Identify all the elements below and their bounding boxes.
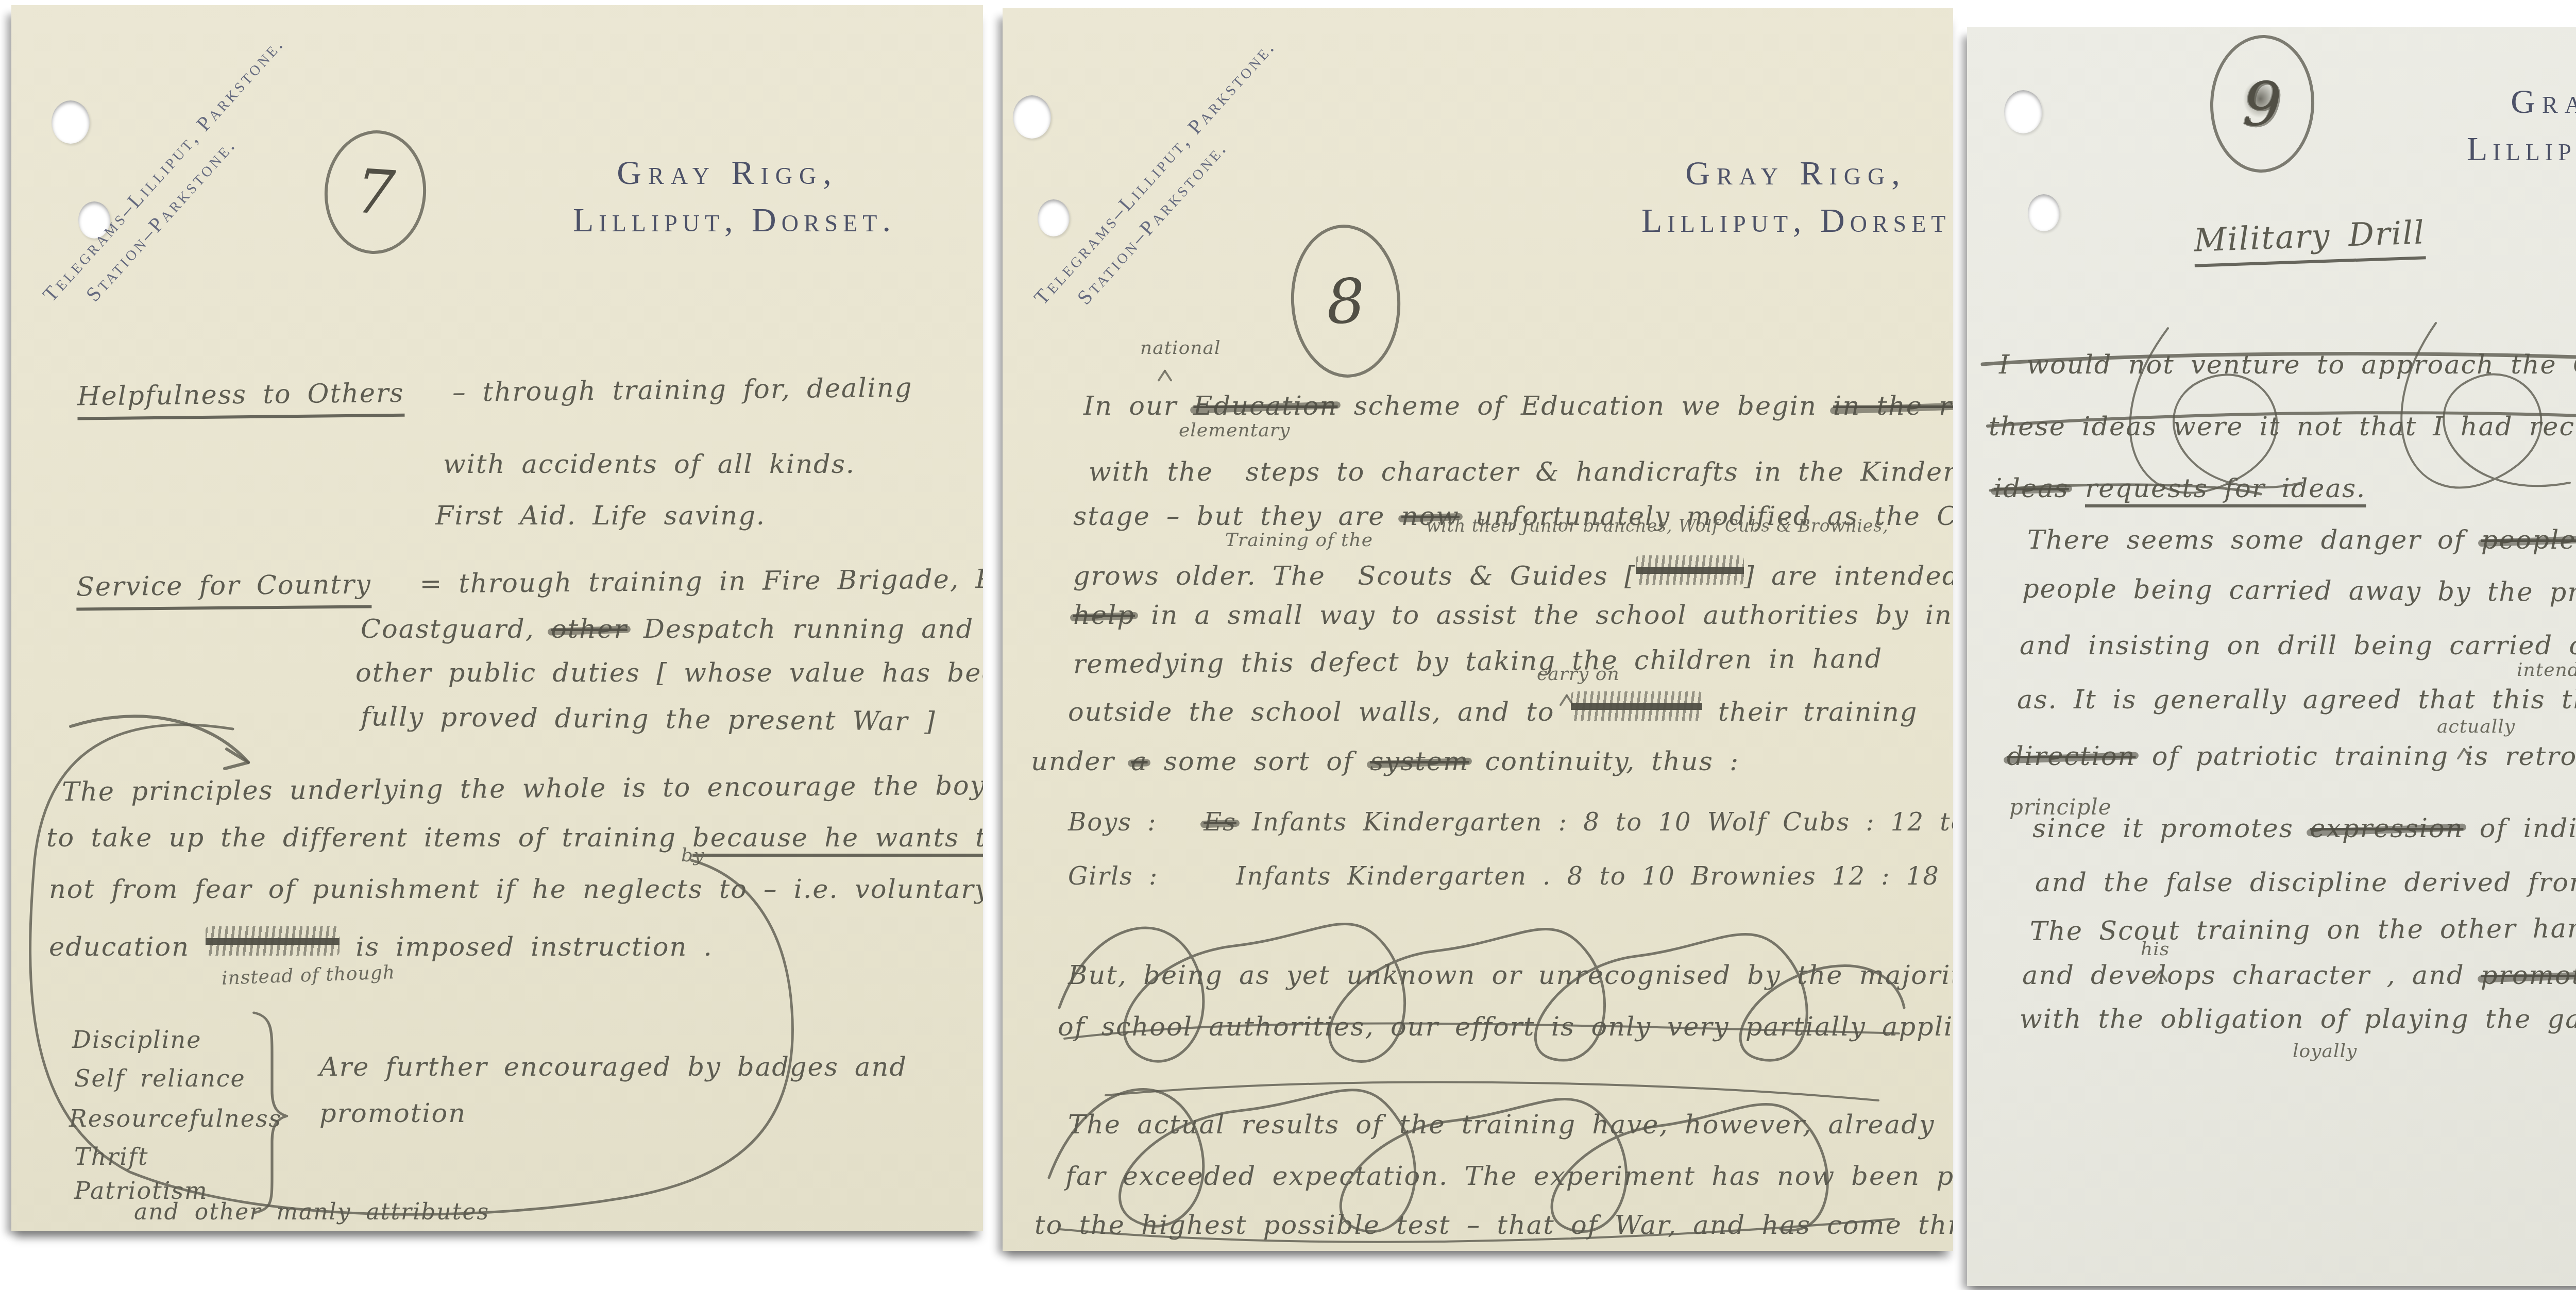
handwritten-line: direction of patriotic training is retro… <box>2007 742 2576 771</box>
letterhead-line-2: Lilliput, Dorset. <box>573 201 882 240</box>
page-number-circle: 7 <box>320 127 430 257</box>
letterhead-line-2: Lilliput, Dorset. <box>2467 130 2576 169</box>
list-item: Discipline <box>72 1027 201 1054</box>
page-number: 9 <box>2242 67 2283 140</box>
list-brace <box>246 1010 290 1216</box>
struck-word: other <box>551 614 628 644</box>
handwritten-line: There seems some danger of people parent… <box>2027 525 2576 555</box>
scanned-manuscript-composite: { "colors": { "paper_cream": "#e8e4cf", … <box>0 0 2576 1290</box>
stamp-line-1: Telegrams–Lilliput, Parkstone. <box>1029 35 1280 309</box>
strikethrough-scribble <box>1028 1064 1914 1251</box>
handwritten-line: remedying this defect by taking the chil… <box>1073 644 1883 680</box>
scribbled-out-word: [illegible] <box>1636 555 1744 585</box>
stamp-line-2: Station–Parkstone. <box>59 50 316 330</box>
handwritten-line: and develops character , and promotes di… <box>2022 961 2576 990</box>
page-number: 8 <box>1325 265 1367 338</box>
handwritten-line: Are further encouraged by badges and <box>319 1053 907 1082</box>
handwritten-line: people being carried away by the present… <box>2022 574 2576 609</box>
section-heading-service: Service for Country = through training i… <box>76 564 983 602</box>
letterhead-line-1: Gray Rigg, <box>2467 82 2576 122</box>
telegrams-stamp: Telegrams–Lilliput, Parkstone. Station–P… <box>35 29 316 331</box>
insertion: elementary <box>1179 420 1290 441</box>
handwritten-line: In our Education scheme of Education we … <box>1083 392 1953 421</box>
punch-hole <box>52 100 90 144</box>
stamp-line-1: Telegrams–Lilliput, Parkstone. <box>38 31 289 306</box>
handwritten-line: First Aid. Life saving. <box>435 501 766 531</box>
letterhead: Gray Rigg, Lilliput, Dorset. <box>2467 82 2576 169</box>
page-8: Telegrams–Lilliput, Parkstone. Station–P… <box>1003 8 1953 1251</box>
punch-hole <box>1013 95 1051 139</box>
handwritten-line: promotion <box>319 1099 466 1128</box>
handwritten-line: with the steps to character & handicraft… <box>1089 457 1953 487</box>
handwritten-line: grows older. The Scouts & Guides [[illeg… <box>1073 555 1953 591</box>
insertion: his <box>2141 939 2170 960</box>
page-number-circle: 8 <box>1287 222 1404 381</box>
letterhead-line-2: Lilliput, Dorset. <box>1641 201 1951 241</box>
heading-continuation: – through training for, dealing <box>452 373 913 408</box>
struck-word: Es <box>1204 808 1236 837</box>
scribbled-out-word: [illegible] <box>1571 691 1702 721</box>
handwritten-line: with accidents of all kinds. <box>443 450 855 479</box>
insertion: national <box>1140 337 1221 359</box>
insertion: actually <box>2437 716 2515 737</box>
list-item: and other manly attributes <box>134 1199 489 1225</box>
letterhead: Gray Rigg, Lilliput, Dorset. <box>1641 154 1951 241</box>
letterhead-line-1: Gray Rigg, <box>573 154 882 193</box>
list-item: Thrift <box>74 1144 149 1170</box>
punch-hole <box>1038 199 1070 236</box>
handwritten-line: Coastguard, other Despatch running and <box>361 615 974 644</box>
struck-word: expression <box>2310 813 2463 844</box>
stamp-line-2: Station–Parkstone. <box>1050 53 1307 333</box>
handwritten-line: help in a small way to assist the school… <box>1073 601 1953 630</box>
strikethrough-scribble <box>1972 313 2576 534</box>
struck-word: system <box>1370 746 1469 777</box>
handwritten-line: The Scout training on the other hand bri… <box>2030 912 2576 946</box>
handwritten-line-girls: Girls : Infants Kindergarten . 8 to 10 B… <box>1068 863 1953 891</box>
letterhead-line-1: Gray Rigg, <box>1641 154 1951 193</box>
struck-word: promotes <box>2481 960 2576 991</box>
handwritten-line: as. It is generally agreed that this tho… <box>2017 685 2576 715</box>
struck-word: a <box>1131 746 1147 777</box>
page-number: 7 <box>353 156 397 229</box>
list-item: Self reliance <box>74 1065 246 1092</box>
handwritten-line-boys: Boys : Es Infants Kindergarten : 8 to 10… <box>1068 809 1953 837</box>
handwritten-line: and the false discipline derived from fe… <box>2035 868 2576 897</box>
handwritten-line: with the obligation of playing the game … <box>2020 1005 2576 1034</box>
heading-continuation: = through training in Fire Brigade, Poli… <box>419 564 983 600</box>
insertion: loyally <box>2293 1041 2357 1062</box>
insertion: with their Junior branches, Wolf Cubs & … <box>1426 516 1889 536</box>
handwritten-line: and insisting on drill being carried out… <box>2020 631 2576 660</box>
struck-word: direction <box>2007 741 2136 772</box>
struck-word: help <box>1073 600 1135 631</box>
page-number-circle: 9 <box>2208 33 2316 175</box>
section-heading-helpfulness: Helpfulness to Others – through training… <box>77 374 913 412</box>
page-9: 9 Gray Rigg, Lilliput, Dorset. Military … <box>1967 27 2576 1286</box>
insertion: intended as <box>2517 659 2576 681</box>
telegrams-stamp: Telegrams–Lilliput, Parkstone. Station–P… <box>1026 32 1307 334</box>
caret-mark <box>1157 369 1173 380</box>
punch-hole <box>2004 90 2042 133</box>
insertion: Training of the <box>1225 530 1373 551</box>
handwritten-line: outside the school walls, and to [illegi… <box>1068 691 1918 727</box>
handwritten-line: other public duties [ whose value has be… <box>355 658 983 688</box>
struck-word: people <box>2481 525 2576 555</box>
handwritten-line: under a some sort of system continuity, … <box>1031 747 1739 776</box>
letterhead: Gray Rigg, Lilliput, Dorset. <box>573 154 882 240</box>
strikethrough-scribble <box>1044 910 1920 1090</box>
struck-word: Education <box>1193 391 1337 421</box>
punch-hole <box>2028 194 2060 231</box>
page-7: Telegrams–Lilliput, Parkstone. Station–P… <box>11 5 983 1231</box>
insertion: carry on <box>1537 664 1620 685</box>
page-title: Military Drill <box>2193 214 2426 258</box>
struck-phrase: in the right <box>1833 391 1953 421</box>
handwritten-line: since it promotes expression of individu… <box>2032 814 2576 843</box>
